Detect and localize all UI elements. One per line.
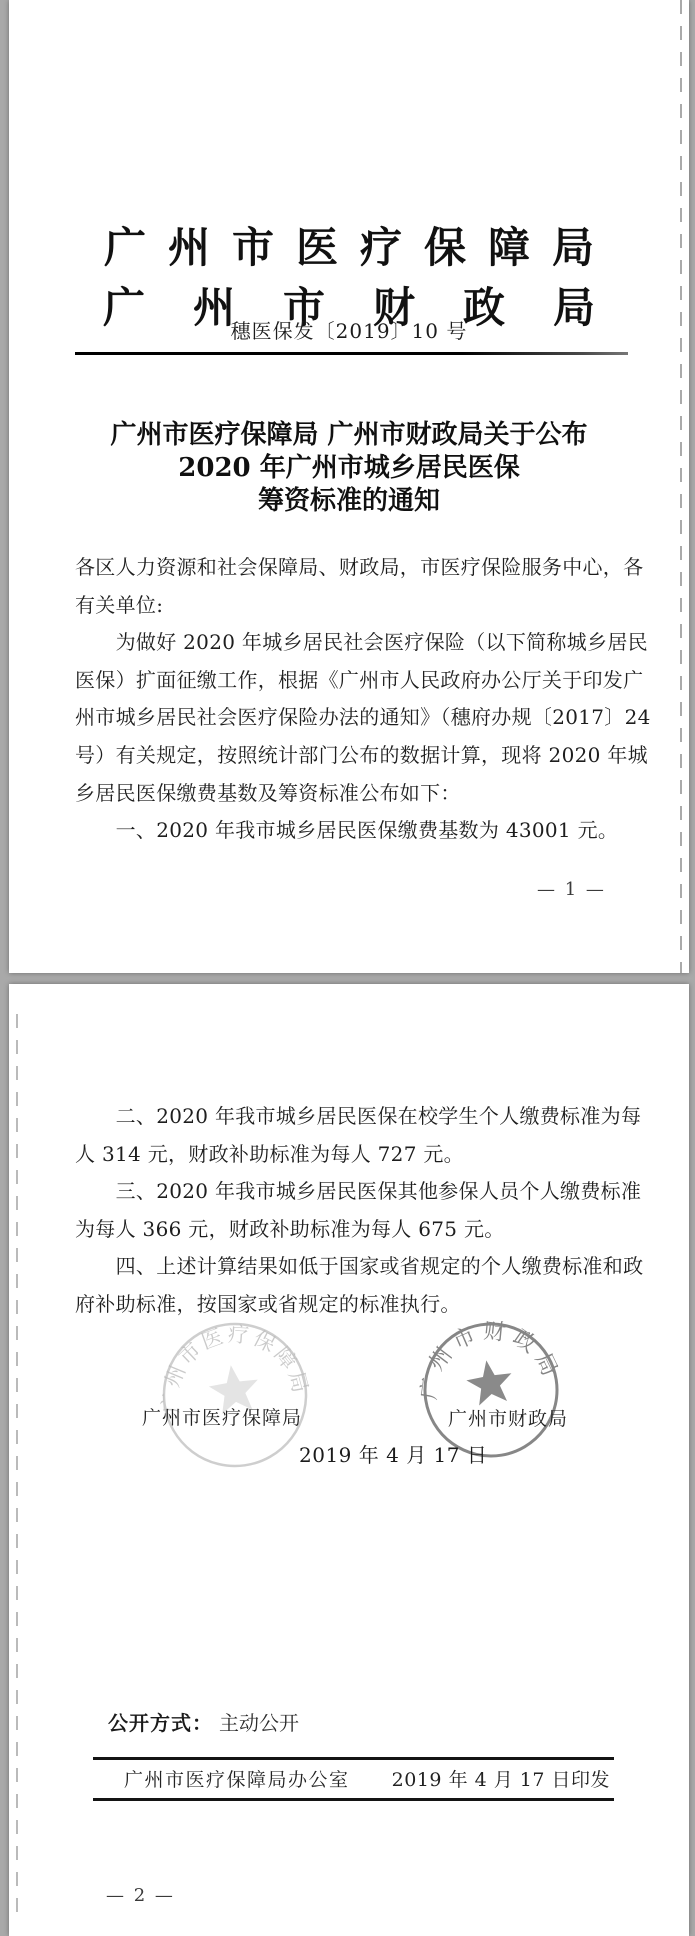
body-line: 府补助标准，按国家或省规定的标准执行。 [75, 1286, 627, 1324]
publicity-value: 主动公开 [219, 1711, 299, 1735]
page-number-2: — 2 — [106, 1884, 175, 1908]
footer-print-date: 2019 年 4 月 17 日印发 [392, 1765, 614, 1792]
agency-name-medical: 广州市医疗保障局 [9, 218, 689, 278]
body-line: 号）有关规定，按照统计部门公布的数据计算，现将 2020 年城 [75, 737, 627, 775]
footer-imprint: 广州市医疗保障局办公室 2019 年 4 月 17 日印发 [93, 1758, 614, 1798]
publicity-label: 公开方式： [108, 1711, 213, 1735]
signature-medical-bureau: 广州市医疗保障局 [142, 1405, 302, 1431]
footer-divider-bottom [93, 1798, 614, 1801]
svg-text:广州市财政局: 广州市财政局 [411, 1310, 566, 1405]
footer-office-name: 广州市医疗保障局办公室 [93, 1765, 350, 1792]
seal-star-icon [464, 1357, 516, 1407]
title-line-1: 广州市医疗保障局 广州市财政局关于公布 [9, 419, 689, 452]
body-text-page2: 二、2020 年我市城乡居民医保在校学生个人缴费标准为每人 314 元，财政补助… [75, 1098, 627, 1324]
body-text-page1: 各区人力资源和社会保障局、财政局，市医疗保险服务中心，各有关单位: 为做好 20… [75, 549, 627, 850]
signature-finance-bureau: 广州市财政局 [448, 1406, 568, 1432]
body-line: 州市城乡居民社会医疗保险办法的通知》（穗府办规〔2017〕24 [75, 699, 627, 737]
publicity-method: 公开方式：主动公开 [108, 1708, 299, 1738]
svg-text:广州市医疗保障局: 广州市医疗保障局 [149, 1312, 313, 1416]
body-line: 医保）扩面征缴工作，根据《广州市人民政府办公厅关于印发广 [75, 662, 627, 700]
body-line: 乡居民医保缴费基数及筹资标准公布如下： [75, 775, 627, 813]
document-number: 穗医保发〔2019〕10 号 [9, 317, 689, 345]
seal-ring [155, 1315, 315, 1475]
body-line: 各区人力资源和社会保障局、财政局，市医疗保险服务中心，各 [75, 549, 627, 587]
header-divider [75, 352, 628, 355]
signature-date: 2019 年 4 月 17 日 [299, 1441, 487, 1469]
body-line: 三、2020 年我市城乡居民医保其他参保人员个人缴费标准 [75, 1173, 627, 1211]
seal-arc-text: 广州市医疗保障局 [149, 1312, 313, 1416]
body-line: 四、上述计算结果如低于国家或省规定的个人缴费标准和政 [75, 1248, 627, 1286]
seal-arc-text: 广州市财政局 [411, 1310, 566, 1405]
scan-artifact-line [16, 1014, 18, 1918]
document-page-1: 广州市医疗保障局 广州市财政局 穗医保发〔2019〕10 号 广州市医疗保障局 … [9, 0, 689, 973]
title-line-2: 2020 年广州市城乡居民医保 [9, 452, 689, 485]
body-line: 为做好 2020 年城乡居民社会医疗保险（以下简称城乡居民 [75, 624, 627, 662]
body-line: 一、2020 年我市城乡居民医保缴费基数为 43001 元。 [75, 812, 627, 850]
title-line-3: 筹资标准的通知 [9, 485, 689, 518]
body-line: 有关单位: [75, 587, 627, 625]
official-seal-medical-bureau-icon: 广州市医疗保障局 [149, 1309, 321, 1481]
document-title: 广州市医疗保障局 广州市财政局关于公布 2020 年广州市城乡居民医保 筹资标准… [9, 419, 689, 518]
scanned-document: { "colors": { "background": "#a9a9a9", "… [0, 0, 695, 1936]
body-line: 二、2020 年我市城乡居民医保在校学生个人缴费标准为每 [75, 1098, 627, 1136]
body-line: 为每人 366 元，财政补助标准为每人 675 元。 [75, 1211, 627, 1249]
document-page-2: 二、2020 年我市城乡居民医保在校学生个人缴费标准为每人 314 元，财政补助… [9, 984, 689, 1936]
page-number-1: — 1 — [537, 878, 606, 902]
body-line: 人 314 元，财政补助标准为每人 727 元。 [75, 1136, 627, 1174]
